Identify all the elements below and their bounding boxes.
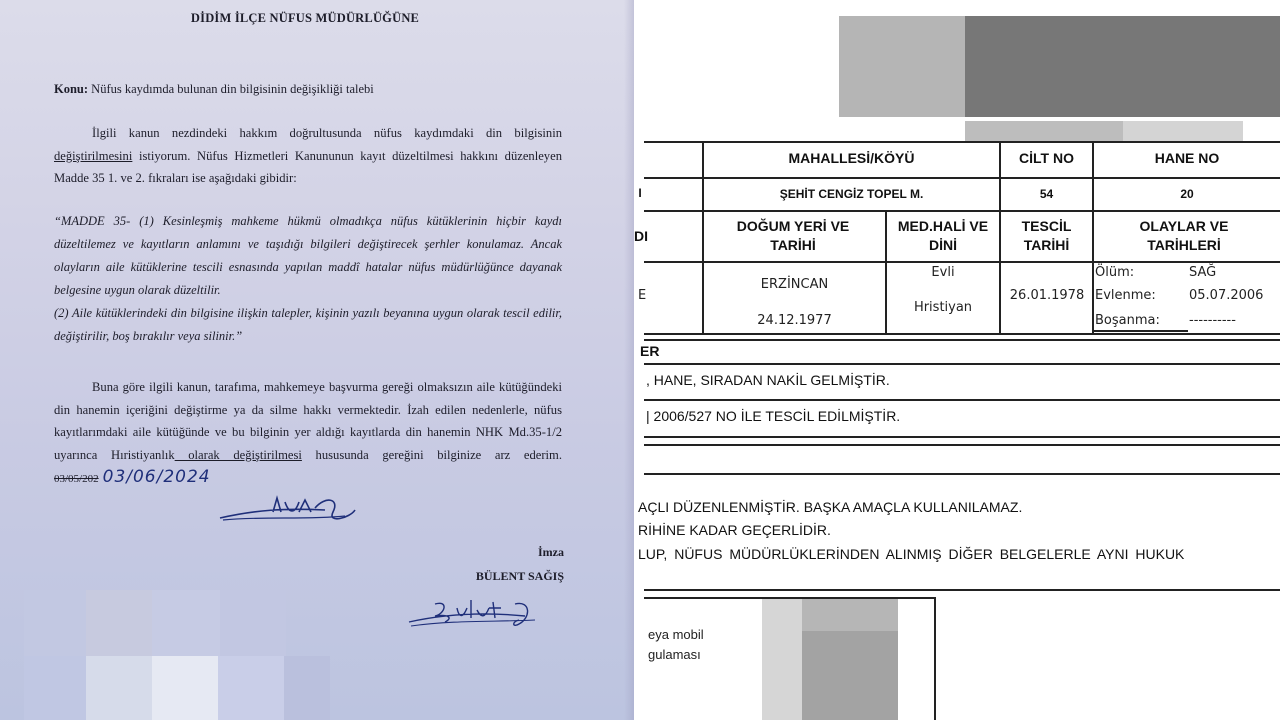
table-border bbox=[644, 141, 1280, 143]
section-divider bbox=[644, 363, 1280, 365]
event-value-death: SAĞ bbox=[1189, 265, 1216, 280]
section-divider bbox=[644, 399, 1280, 401]
events-border bbox=[1092, 262, 1094, 332]
footer-line-3: LUP, NÜFUS MÜDÜRLÜKLERİNDEN ALINMIŞ DİĞE… bbox=[638, 546, 1184, 562]
event-label-divorce: Boşanma: bbox=[1095, 313, 1160, 328]
marital-status: Evli bbox=[887, 265, 999, 280]
event-label-marriage: Evlenme: bbox=[1095, 288, 1156, 303]
value-hane-no: 20 bbox=[1094, 187, 1280, 201]
events-border bbox=[1092, 330, 1188, 332]
letter-title: DİDİM İLÇE NÜFUS MÜDÜRLÜĞÜNE bbox=[0, 11, 610, 26]
event-label-death: Ölüm: bbox=[1095, 265, 1134, 280]
verification-box: eya mobil gulaması bbox=[644, 597, 936, 720]
law-quote-clause-1: “MADDE 35- (1) Kesinleşmiş mahkeme hükmü… bbox=[54, 210, 562, 302]
footer-line-1: AÇLI DÜZENLENMİŞTİR. BAŞKA AMAÇLA KULLAN… bbox=[638, 499, 1022, 515]
cut-cell: I bbox=[634, 186, 646, 200]
religion: Hristiyan bbox=[887, 300, 999, 315]
table-border bbox=[644, 339, 1280, 341]
qr-redaction bbox=[762, 599, 802, 720]
section-divider bbox=[644, 473, 1280, 475]
qr-redaction bbox=[802, 599, 898, 631]
table-border bbox=[644, 210, 1280, 212]
signature-icon bbox=[215, 490, 365, 530]
event-value-marriage: 05.07.2006 bbox=[1189, 288, 1263, 303]
registry-printout: MAHALLESİ/KÖYÜ CİLT NO HANE NO I ŞEHİT C… bbox=[634, 0, 1280, 720]
letter-paragraph-2: Buna göre ilgili kanun, tarafıma, mahkem… bbox=[54, 376, 562, 491]
birth-date: 24.12.1977 bbox=[704, 313, 885, 328]
subject-text: Nüfus kaydımda bulunan din bilgisinin de… bbox=[88, 82, 374, 96]
redaction-block bbox=[965, 16, 1280, 117]
footer-line-2: RİHİNE KADAR GEÇERLİDİR. bbox=[638, 522, 831, 538]
redaction-block bbox=[839, 16, 965, 117]
letter-paragraph-1: İlgili kanun nezdindeki hakkım doğrultus… bbox=[54, 122, 562, 190]
header-registration: TESCİL TARİHİ bbox=[1009, 217, 1084, 255]
handwritten-date: 03/06/2024 bbox=[103, 467, 211, 487]
event-value-divorce: ---------- bbox=[1189, 313, 1236, 328]
signer-name: BÜLENT SAĞIŞ bbox=[476, 569, 564, 584]
header-mahalle: MAHALLESİ/KÖYÜ bbox=[704, 150, 999, 166]
para2-underlined: olarak değiştirilmesi bbox=[175, 448, 302, 462]
signature-icon bbox=[405, 594, 555, 630]
section-divider bbox=[644, 436, 1280, 438]
header-events: OLAYLAR VE TARİHLERİ bbox=[1114, 217, 1254, 255]
table-border bbox=[999, 141, 1001, 333]
table-border bbox=[644, 333, 1280, 335]
table-border bbox=[644, 177, 1280, 179]
cut-cell: E bbox=[638, 288, 646, 303]
section-divider bbox=[644, 589, 1280, 591]
verification-text: eya mobil gulaması bbox=[648, 625, 704, 665]
redaction-block bbox=[965, 121, 1123, 141]
qr-redaction bbox=[802, 631, 898, 720]
para1-underlined: değiştirilmesini bbox=[54, 149, 132, 163]
section-divider bbox=[644, 444, 1280, 446]
para2-text-end: hususunda gereğini bilginize arz ederim. bbox=[302, 448, 562, 462]
birth-place: ERZİNCAN bbox=[704, 277, 885, 292]
petition-letter: DİDİM İLÇE NÜFUS MÜDÜRLÜĞÜNE Konu: Nüfus… bbox=[0, 0, 634, 720]
section-label: ER bbox=[640, 343, 659, 359]
header-birth: DOĞUM YERİ VE TARİHİ bbox=[718, 217, 868, 255]
table-border bbox=[644, 261, 1280, 263]
verification-text-line-1: eya mobil bbox=[648, 625, 704, 645]
law-quote: “MADDE 35- (1) Kesinleşmiş mahkeme hükmü… bbox=[54, 210, 562, 348]
note-line-1: , HANE, SIRADAN NAKİL GELMİŞTİR. bbox=[646, 372, 890, 388]
letter-subject: Konu: Nüfus kaydımda bulunan din bilgisi… bbox=[54, 82, 374, 97]
value-mahalle: ŞEHİT CENGİZ TOPEL M. bbox=[704, 187, 999, 201]
registration-date: 26.01.1978 bbox=[1002, 288, 1092, 303]
header-hane-no: HANE NO bbox=[1094, 150, 1280, 166]
law-quote-clause-2: (2) Aile kütüklerindeki din bilgisine il… bbox=[54, 302, 562, 348]
header-marital-religion: MED.HALİ VE DİNİ bbox=[887, 217, 999, 255]
header-cilt-no: CİLT NO bbox=[1001, 150, 1092, 166]
para1-text: İlgili kanun nezdindeki hakkım doğrultus… bbox=[92, 126, 562, 140]
subject-label: Konu: bbox=[54, 82, 88, 96]
cut-cell: DI bbox=[634, 228, 654, 244]
struck-date: 03/05/202 bbox=[54, 473, 99, 485]
value-cilt-no: 54 bbox=[1001, 187, 1092, 201]
verification-text-line-2: gulaması bbox=[648, 645, 704, 665]
redaction-block bbox=[1123, 121, 1243, 141]
signature-label: İmza bbox=[538, 545, 564, 560]
table-border bbox=[702, 141, 704, 333]
note-line-2: | 2006/527 NO İLE TESCİL EDİLMİŞTİR. bbox=[646, 408, 900, 424]
